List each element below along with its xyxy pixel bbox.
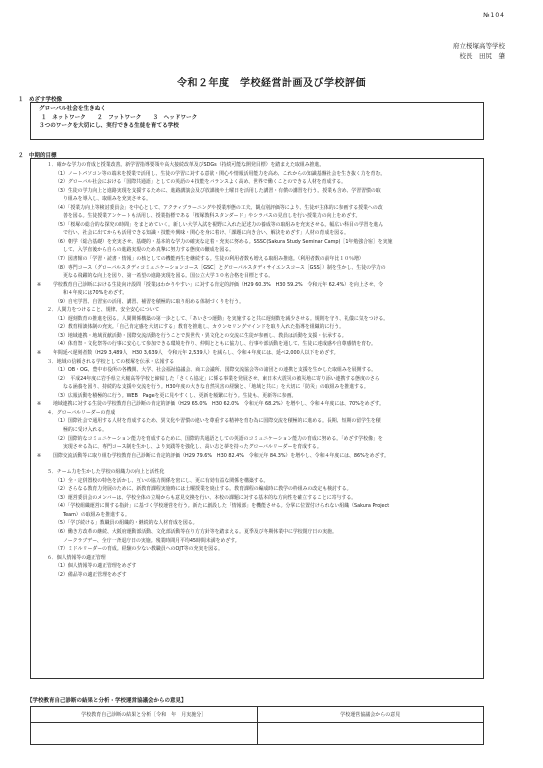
goal-item: （3）運営委員会のメンバーは、学校全体の立場からも意見交換を行い、本校の課題に対… — [37, 494, 477, 503]
goal-item: （5）「桜塚の総合的な探究の時間」をまとめていく。新しい大学入試を視野に入れた記… — [37, 221, 477, 230]
goal-heading: ６．個人情報等の適正管理 — [37, 554, 477, 563]
goal-heading: １．確かな学力の育成と授業改善。新学習指導要領や高大接続改革及びSDGs（持続可… — [37, 161, 477, 170]
goal-item: して、入学直後から自らの進路実現のため真摯に努力する態度の醸成を図る。 — [37, 246, 477, 255]
goal-item: ノークラブデー、全庁一斉退庁日の実施。残業時間月平均45時間未満をめざす。 — [37, 537, 477, 546]
goal-item: 善を図る。生徒授業アンケートも活用し、授業指標である「桜塚教科スタンダード」やシ… — [37, 212, 477, 221]
vision-line: ３つのワークを大切にし、実行できる生徒を育てる学校 — [39, 122, 475, 131]
goal-item: （2） 平成24年度に岩手県立大槌高等学校と締結した「さくら協定」に係る事業を発… — [37, 375, 477, 384]
page-title: 令和２年度 学校経営計画及び学校評価 — [0, 74, 543, 89]
goal-item: 和４年度には70%をめざす。 — [37, 289, 477, 298]
document-number: №104 — [483, 12, 505, 19]
vision-line: １ ネットワーク ２ フットワーク ３ ヘッドワーク — [39, 114, 475, 123]
goal-heading: ５．チーム力を生かした学校の組織力の向上と活性化 — [37, 468, 477, 477]
goal-item: （7）図書館の「学習・読書・情報」の核としての機能再生を継続する。生徒の利用者数… — [37, 255, 477, 264]
goal-item: （5）「学び続ける」教職員の組織的・継続的な人材育成を図る。 — [37, 519, 477, 528]
note-mark-icon: ※ — [37, 452, 53, 461]
goal-note: ※地域連携に対する生徒の学校教育自己診断の肯定的評価（H29 65.0% H30… — [37, 400, 477, 409]
council-opinion-header: 学校運営協議会からの意見 — [257, 707, 484, 723]
goal-item: （1）OB・OG、豊中市役所の各機関、大学、社会福祉協議会、商工会議所、国際交流… — [37, 366, 477, 375]
goal-item: （3）地域連携・地域貢献活動・国際交流活動を行うことで異世代・異文化との交流に生… — [37, 332, 477, 341]
goal-item — [37, 460, 477, 468]
goal-note: ※年間延べ遅刻者数（H29 3,489人 H30 3,639人 令和元年 2,5… — [37, 349, 477, 358]
principal-name: 校長 田尻 肇 — [453, 51, 505, 61]
goal-item: （2）教育相談体制の充実。「自己肯定感を大切にする」教育を推進し、カウンセリング… — [37, 323, 477, 332]
council-opinion-cell[interactable] — [257, 723, 484, 745]
goal-item: （4）「学校組織運営に関する指針」に基づく学校運営を行う。新たに創設した「情報部… — [37, 502, 477, 511]
goal-heading: ４．グローバルリーダーの育成 — [37, 409, 477, 418]
goal-heading: ２．人間力をつけること、規律、安全安心について — [37, 306, 477, 315]
goal-note: ※国際交流活動等に取り組む学校教育自己診断に肯定的評価（H29 79.6% H3… — [37, 452, 477, 461]
goal-item: （2）グローバル社会における「国際共通語」としての英語の４技能をバランスよく高め… — [37, 178, 477, 187]
goal-item: （6）朝学（総合基礎）を充実させ、基礎的・基本的な学力の確実な定着・充実に努める… — [37, 238, 477, 247]
note-text: 年間延べ遅刻者数（H29 3,489人 H30 3,639人 令和元年 2,53… — [53, 350, 339, 356]
goal-item: （1）国際社会で通用する人材を育成するため、異文化や習慣の違いを尊重する精神を育… — [37, 417, 477, 426]
goal-item: （2）さらなる教育力発展のために、新教育課程実施時には土曜授業を廃止する。教育課… — [37, 485, 477, 494]
goal-item: （6）働き方改革の継続、大阪府運動部活動、文化部活動等在り方方針等を踏まえる。夏… — [37, 528, 477, 537]
goal-item: （1）遅刻数育の推進を図る。人間関係構築の第一歩として、「あいさつ運動」を実施す… — [37, 315, 477, 324]
goal-item: 極的に受け入れる。 — [37, 426, 477, 435]
goal-item: （3）広報活動を積極的に行う。WEB Pageを更に見やすくし、更新を頻繁に行う… — [37, 392, 477, 401]
goal-item: 実現させる為に、専門コース制を生かし、より実践等を強化し、高い志と夢を持ったグロ… — [37, 443, 477, 452]
mid-term-goals-box: １．確かな学力の育成と授業改善。新学習指導要領や高大接続改革及びSDGs（持続可… — [30, 158, 484, 679]
note-text: 国際交流活動等に取り組む学校教育自己診断に肯定的評価（H29 79.6% H30… — [53, 453, 389, 459]
goal-item: （1）ノートパソコン等の端末を授業で活用し、生徒の学習に対する意欲・関心や情報活… — [37, 170, 477, 179]
note-text: 地域連携に対する生徒の学校教育自己診断の肯定的評価（H29 65.0% H30 … — [53, 401, 384, 407]
evaluation-table: 学校教育自己診断の結果と分析［令和 年 月実施分］ 学校運営協議会からの意見 — [30, 706, 484, 745]
goal-item: （4）「授業力向上等検討委員会」を中心として、アクティブラーニングや授業形態の工… — [37, 204, 477, 213]
goal-item: （8）専門コース（グローバルスタディコミュニケーションコース［GSC］とグローバ… — [37, 264, 477, 273]
goal-item: 更なる飛躍的な向上を図り、第一希望の進路実現を図る。国公立大学３０名合格を目標と… — [37, 272, 477, 281]
school-vision-box: グローバル社会を生きぬく １ ネットワーク ２ フットワーク ３ ヘッドワーク … — [30, 102, 484, 140]
goal-item: Team）の取組みを推進する。 — [37, 511, 477, 520]
goal-item: （4）体育祭・文化祭等の行事に安心して参加できる環境を作り、仲間とともに協力し、… — [37, 340, 477, 349]
note-mark-icon: ※ — [37, 281, 53, 290]
goal-item: （2）国際的なコミュニケーション能力を育成するために、国際的共通語としての英語の… — [37, 435, 477, 444]
goal-item: なる涵養を図り、持続的な支援や交流を行う。H30年度の大きな自然災害の経験と、「… — [37, 383, 477, 392]
goal-item: （1）個人情報等の適正管理をめざす — [37, 562, 477, 571]
goal-note: ※学校教育自己診断における生徒向け設問「授業はわかりやすい」に対する肯定的評価（… — [37, 281, 477, 290]
school-name: 府立桜塚高等学校 — [453, 41, 505, 51]
self-assessment-cell[interactable] — [31, 723, 258, 745]
goal-item: り組みを導入し、取組みを充実させる。 — [37, 195, 477, 204]
note-text: 学校教育自己診断における生徒向け設問「授業はわかりやすい」に対する肯定的評価（H… — [53, 282, 383, 288]
note-mark-icon: ※ — [37, 400, 53, 409]
goal-item: （7）ミドルリーダーの育成。経験の少ない教職員へのOJT等の充実を図る。 — [37, 545, 477, 554]
note-mark-icon: ※ — [37, 349, 53, 358]
goal-item: （2）備品等の適正管理をめざす — [37, 571, 477, 580]
school-info: 府立桜塚高等学校 校長 田尻 肇 — [453, 41, 505, 61]
goal-item: （1）全・定併置校の特色を活かし、互いの協力関係を密にし、更に有効有益な関係を構… — [37, 477, 477, 486]
self-assessment-header: 学校教育自己診断の結果と分析［令和 年 月実施分］ — [31, 707, 258, 723]
vision-line: グローバル社会を生きぬく — [39, 105, 475, 114]
evaluation-heading: 【学校教育自己診断の結果と分析・学校運営協議会からの意見】 — [27, 696, 187, 704]
goal-item: （9）自宅学習、自習室の活用、講習、補習を積極的に取り組める体制づくりを行う。 — [37, 298, 477, 307]
goal-item: で行い、社会に出てからも活用できる知識・技能や興味・関心を身に着け、「課題に向き… — [37, 229, 477, 238]
goal-heading: ３．地域の信頼される学校としての桜塚を伝承・広報する — [37, 358, 477, 367]
goal-item: （3）生徒の学力向上と進路実現を支援するために、進路講演会及び放課後や土曜日を活… — [37, 187, 477, 196]
